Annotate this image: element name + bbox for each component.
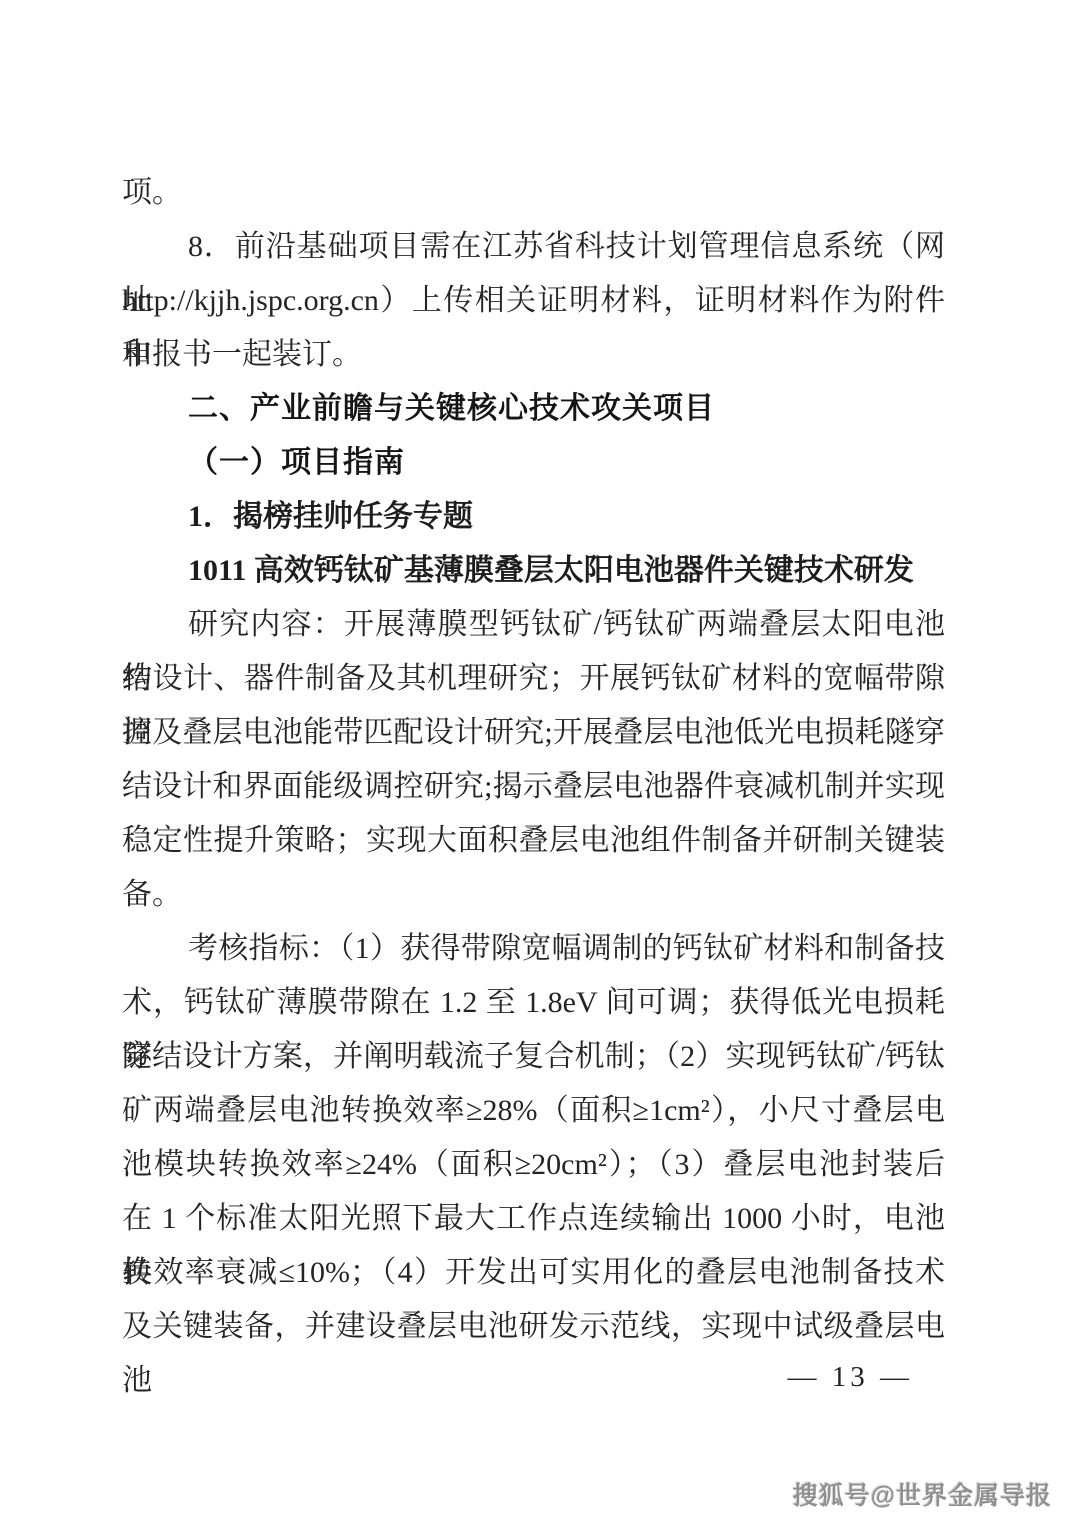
metrics-line: 穿结设计方案，并阐明载流子复合机制；（2）实现钙钛矿/钙钛 [122,1030,945,1084]
metrics-line: 池模块转换效率≥24%（面积≥20cm²）；（3）叠层电池封装后 [122,1138,945,1192]
watermark: 搜狐号@世界金属导报 [793,1480,1052,1512]
metrics-line: 术，钙钛矿薄膜带隙在 1.2 至 1.8eV 间可调；获得低光电损耗隧 [122,976,945,1030]
research-line: 构设计、器件制备及其机理研究；开展钙钛矿材料的宽幅带隙调 [122,652,945,706]
metrics-line: 在 1 个标准太阳光照下最大工作点连续输出 1000 小时，电池转 [122,1192,945,1246]
subsection-heading: （一）项目指南 [122,436,945,490]
research-line: 研究内容：开展薄膜型钙钛矿/钙钛矿两端叠层太阳电池结 [122,598,945,652]
doc-line-intro-end: 申报书一起装订。 [122,328,945,382]
metrics-line: 矿两端叠层电池转换效率≥28%（面积≥1cm²），小尺寸叠层电 [122,1084,945,1138]
document-page: 项。 8．前沿基础项目需在江苏省科技计划管理信息系统（网址： http://kj… [0,0,1080,1527]
doc-line-intro-url: http://kjjh.jspc.org.cn）上传相关证明材料，证明材料作为附… [122,274,945,328]
metrics-line: 及关键装备，并建设叠层电池研发示范线，实现中试级叠层电池 [122,1300,945,1354]
project-title: 1011 高效钙钛矿基薄膜叠层太阳电池器件关键技术研发 [122,544,945,598]
document-text-block: 项。 8．前沿基础项目需在江苏省科技计划管理信息系统（网址： http://kj… [122,166,945,1354]
research-line: 稳定性提升策略；实现大面积叠层电池组件制备并研制关键装 [122,814,945,868]
metrics-line: 换效率衰减≤10%；（4）开发出可实用化的叠层电池制备技术 [122,1246,945,1300]
topic-heading: 1．揭榜挂帅任务专题 [122,490,945,544]
research-line-end: 备。 [122,868,945,922]
section-heading: 二、产业前瞻与关键核心技术攻关项目 [122,382,945,436]
research-line: 控及叠层电池能带匹配设计研究;开展叠层电池低光电损耗隧穿 [122,706,945,760]
metrics-line: 考核指标：（1）获得带隙宽幅调制的钙钛矿材料和制备技 [122,922,945,976]
doc-line-intro: 8．前沿基础项目需在江苏省科技计划管理信息系统（网址： [122,220,945,274]
research-line: 结设计和界面能级调控研究;揭示叠层电池器件衰减机制并实现 [122,760,945,814]
doc-line-carryover: 项。 [122,166,945,220]
page-number: — 13 — [788,1350,914,1404]
